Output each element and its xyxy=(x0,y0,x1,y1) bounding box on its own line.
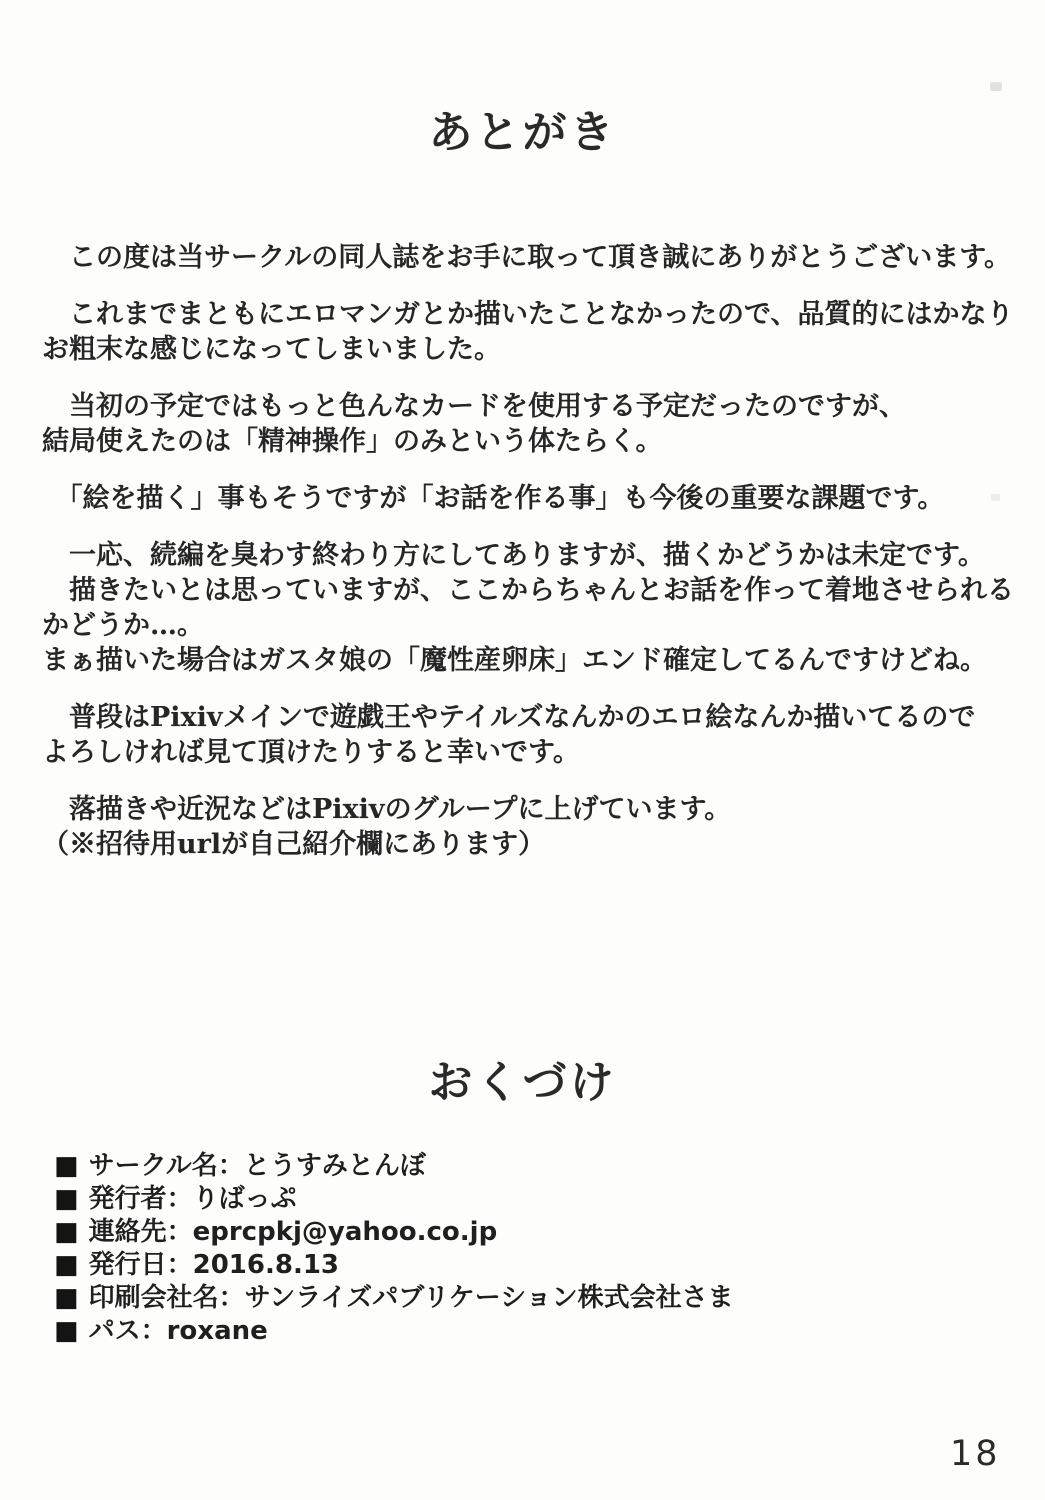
colophon-separator: ： xyxy=(167,1217,193,1247)
afterword-paragraph: この度は当サークルの同人誌をお手に取って頂き誠にありがとうございます。 xyxy=(42,240,1015,275)
black-square-bullet-icon: ■ xyxy=(54,1282,79,1315)
text-line: まぁ描いた場合はガスタ娘の「魔性産卵床」エンド確定してるんですけどね。 xyxy=(42,643,1015,678)
text-line: お粗末な感じになってしまいました。 xyxy=(42,332,1015,367)
afterword-body: この度は当サークルの同人誌をお手に取って頂き誠にありがとうございます。 これまで… xyxy=(42,240,1015,884)
colophon-item-printer: ■印刷会社名：サンライズパブリケーション株式会社さま xyxy=(54,1282,1015,1315)
colophon-value: eprcpkj@yahoo.co.jp xyxy=(193,1217,498,1247)
colophon-value: roxane xyxy=(167,1316,268,1346)
text-line: 描きたいとは思っていますが、ここからちゃんとお話を作って着地させられるかどうか…… xyxy=(42,573,1015,643)
colophon-item-contact: ■連絡先：eprcpkj@yahoo.co.jp xyxy=(54,1216,1015,1249)
black-square-bullet-icon: ■ xyxy=(54,1249,79,1282)
text-line: この度は当サークルの同人誌をお手に取って頂き誠にありがとうございます。 xyxy=(42,240,1015,275)
colophon-value: 2016.8.13 xyxy=(193,1250,339,1280)
text-line: 一応、続編を臭わす終わり方にしてありますが、描くかどうかは未定です。 xyxy=(42,538,1015,573)
colophon-value: とうすみとんぼ xyxy=(244,1151,426,1181)
colophon-item-publisher: ■発行者：りばっぷ xyxy=(54,1183,1015,1216)
black-square-bullet-icon: ■ xyxy=(54,1216,79,1249)
colophon-item-circle-name: ■サークル名：とうすみとんぼ xyxy=(54,1150,1015,1183)
colophon-value: サンライズパブリケーション株式会社さま xyxy=(245,1283,734,1313)
scan-artifact xyxy=(990,82,1002,91)
colophon-separator: ： xyxy=(218,1151,244,1181)
scan-artifact xyxy=(991,494,1000,501)
colophon-separator: ： xyxy=(167,1250,193,1280)
black-square-bullet-icon: ■ xyxy=(54,1183,79,1216)
colophon-separator: ： xyxy=(219,1283,245,1313)
text-line: （※招待用urlが自己紹介欄にあります） xyxy=(42,827,1015,862)
text-line: 当初の予定ではもっと色んなカードを使用する予定だったのですが、 xyxy=(42,389,1015,424)
text-line: 結局使えたのは「精神操作」のみという体たらく。 xyxy=(42,424,1015,459)
afterword-paragraph: 普段はPixivメインで遊戯王やテイルズなんかのエロ絵なんか描いてるので よろし… xyxy=(42,700,1015,770)
colophon-item-password: ■パス：roxane xyxy=(54,1315,1015,1348)
text-line: 落描きや近況などはPixivのグループに上げています。 xyxy=(42,792,1015,827)
colophon-label: パス xyxy=(89,1316,141,1346)
colophon-separator: ： xyxy=(141,1316,167,1346)
colophon-label: 発行者 xyxy=(89,1184,167,1214)
colophon-label: 発行日 xyxy=(89,1250,167,1280)
colophon-list: ■サークル名：とうすみとんぼ ■発行者：りばっぷ ■連絡先：eprcpkj@ya… xyxy=(54,1150,1015,1348)
text-line: 普段はPixivメインで遊戯王やテイルズなんかのエロ絵なんか描いてるので xyxy=(42,700,1015,735)
text-line: これまでまともにエロマンガとか描いたことなかったので、品質的にはかなり xyxy=(42,297,1015,332)
afterword-paragraph: これまでまともにエロマンガとか描いたことなかったので、品質的にはかなり お粗末な… xyxy=(42,297,1015,367)
colophon-title: おくづけ xyxy=(0,1046,1045,1110)
scanned-doujinshi-page: あとがき この度は当サークルの同人誌をお手に取って頂き誠にありがとうございます。… xyxy=(0,0,1045,1500)
colophon-item-publish-date: ■発行日：2016.8.13 xyxy=(54,1249,1015,1282)
colophon-label: 印刷会社名 xyxy=(89,1283,219,1313)
afterword-paragraph: 「絵を描く」事もそうですが「お話を作る事」も今後の重要な課題です。 xyxy=(42,481,1015,516)
text-line: よろしければ見て頂けたりすると幸いです。 xyxy=(42,735,1015,770)
colophon-separator: ： xyxy=(167,1184,193,1214)
colophon-label: 連絡先 xyxy=(89,1217,167,1247)
afterword-paragraph: 落描きや近況などはPixivのグループに上げています。 （※招待用urlが自己紹… xyxy=(42,792,1015,862)
text-line: 「絵を描く」事もそうですが「お話を作る事」も今後の重要な課題です。 xyxy=(42,481,1015,516)
black-square-bullet-icon: ■ xyxy=(54,1315,79,1348)
page-number: 18 xyxy=(950,1434,1001,1474)
afterword-paragraph: 当初の予定ではもっと色んなカードを使用する予定だったのですが、 結局使えたのは「… xyxy=(42,389,1015,459)
colophon-value: りばっぷ xyxy=(193,1184,297,1214)
afterword-paragraph: 一応、続編を臭わす終わり方にしてありますが、描くかどうかは未定です。 描きたいと… xyxy=(42,538,1015,678)
afterword-title: あとがき xyxy=(0,96,1045,160)
colophon-label: サークル名 xyxy=(89,1151,218,1181)
black-square-bullet-icon: ■ xyxy=(54,1150,79,1183)
